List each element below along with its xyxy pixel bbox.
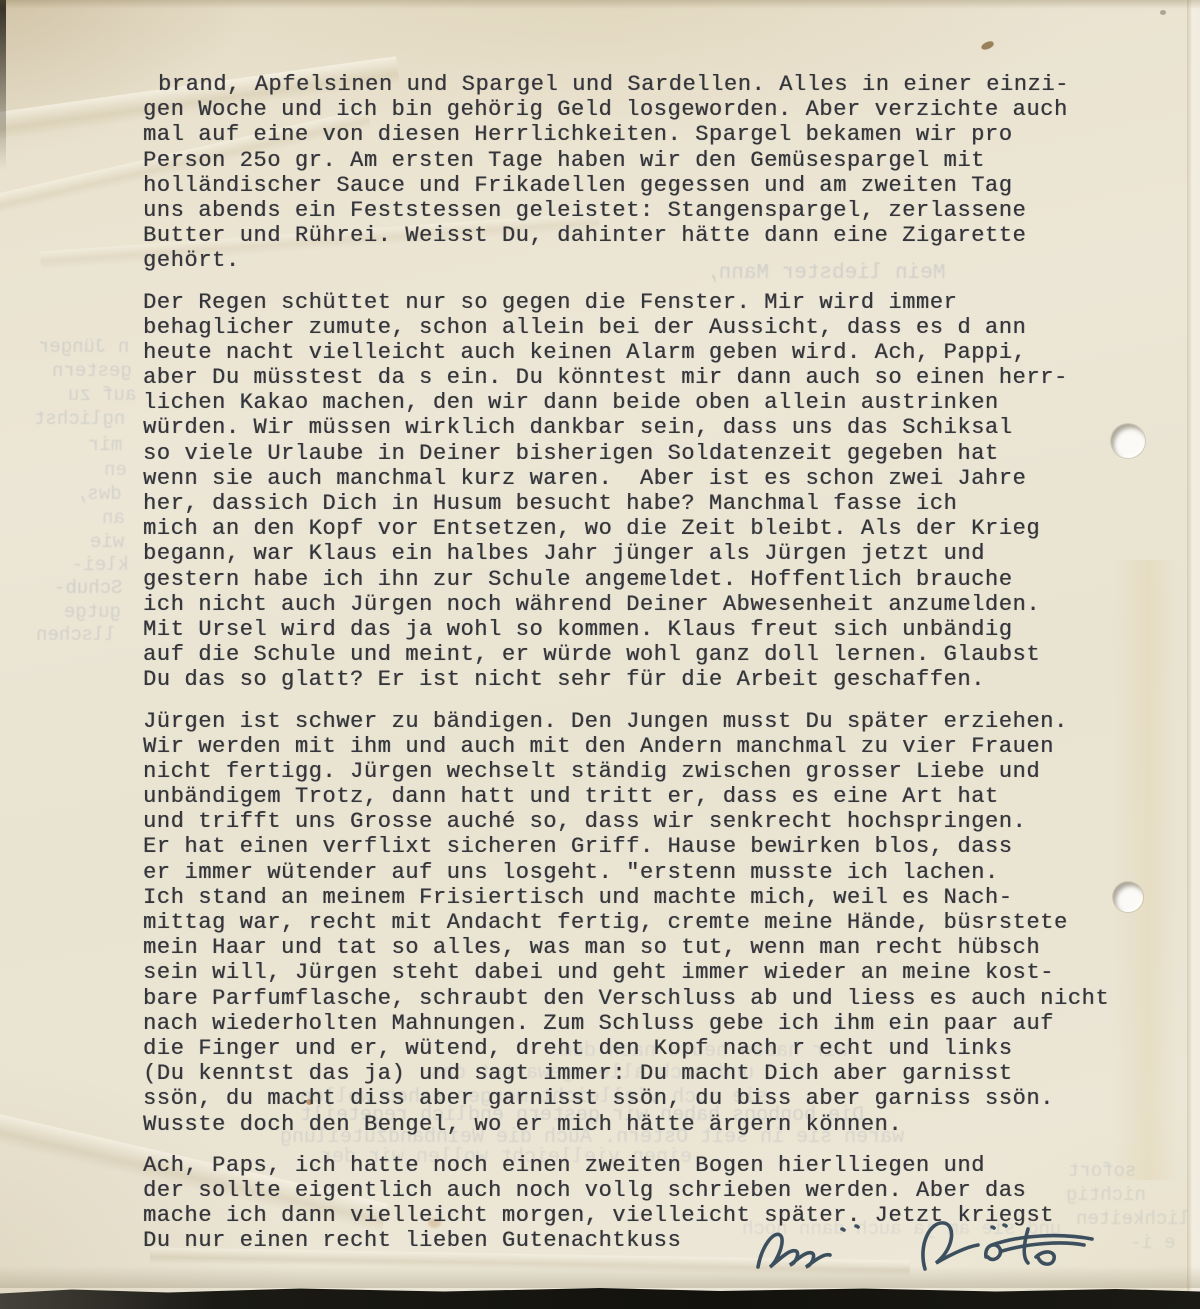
bleedthrough-fragment: mir (88, 434, 122, 456)
letter-line: die Finger und er, wütend, dreht den Kop… (143, 1036, 1193, 1061)
letter-line: er immer wütender auf uns losgeht. "erst… (143, 860, 1193, 885)
letter-line: auf die Schule und meint, er würde wohl … (143, 642, 1193, 667)
bleedthrough-fragment: dws, (76, 483, 122, 505)
letter-line: nicht fertigg. Jürgen wechselt ständig z… (143, 759, 1193, 784)
letter-line: Der Regen schüttet nur so gegen die Fens… (143, 290, 1193, 315)
letter-line: Person 25o gr. Am ersten Tage haben wir … (143, 148, 1193, 173)
letter-line: und trifft uns Grosse auché so, dass wir… (143, 809, 1193, 834)
bleedthrough-fragment: nglichst (34, 408, 125, 430)
letter-line: unbändigem Trotz, dann hatt und tritt er… (143, 784, 1193, 809)
letter-line: Mit Ursel wird das ja wohl so kommen. Kl… (143, 617, 1193, 642)
letter-line: heute nacht vielleicht auch keinen Alarm… (143, 340, 1193, 365)
letter-line: nach wiederholten Mahnungen. Zum Schluss… (143, 1011, 1193, 1036)
paper-edge-top (0, 0, 1200, 9)
bleedthrough-fragment: gestern (52, 360, 132, 382)
letter-line: gestern habe ich ihn zur Schule angemeld… (143, 567, 1193, 592)
letter-line: Butter und Rührei. Weisst Du, dahinter h… (143, 223, 1193, 248)
punch-hole-bottom (1113, 882, 1143, 912)
letter-line: uns abends ein Feststessen geleistet: St… (143, 198, 1193, 223)
letter-line: sein will, Jürgen steht dabei und geht i… (143, 960, 1193, 985)
bleedthrough-fragment: n Jünger (38, 336, 129, 358)
letter-line: ssön, du macht diss aber garnisst ssön, … (143, 1086, 1193, 1111)
bleedthrough-fragment: klei- (72, 554, 129, 576)
letter-line: wenn sie auch manchmal kurz waren. Aber … (143, 466, 1193, 491)
letter-line: Er hat einen verflixt sicheren Griff. Ha… (143, 834, 1193, 859)
letter-line: Jürgen ist schwer zu bändigen. Den Junge… (143, 709, 1193, 734)
punch-hole-top (1111, 424, 1145, 458)
letter-line: ich nicht auch Jürgen noch während Deine… (143, 592, 1193, 617)
scan-edge-left (0, 0, 6, 170)
letter-line: begann, war Klaus ein halbes Jahr jünger… (143, 541, 1193, 566)
letter-line: holländischer Sauce und Frikadellen gege… (143, 173, 1193, 198)
letter-line: Ach, Paps, ich hatte noch einen zweiten … (143, 1153, 1193, 1178)
bleedthrough-fragment: wie (90, 531, 124, 553)
letter-line: Du das so glatt? Er ist nicht sehr für d… (143, 667, 1193, 692)
letter-line: gen Woche und ich bin gehörig Geld losge… (143, 97, 1193, 122)
letter-line: her, dassich Dich in Husum besucht habe?… (143, 491, 1193, 516)
paragraph-2: Der Regen schüttet nur so gegen die Fens… (143, 290, 1193, 693)
letter-line: so viele Urlaube in Deiner bisherigen So… (143, 441, 1193, 466)
bleedthrough-fragment: en (104, 459, 127, 481)
letter-line: mich an den Kopf vor Entsetzen, wo die Z… (143, 516, 1193, 541)
letter-line: mein Haar und tat so alles, was man so t… (143, 935, 1193, 960)
letter-line: mal auf eine von diesen Herrlichkeiten. … (143, 122, 1193, 147)
letter-line: (Du kenntst das ja) und sagt immer: Du m… (143, 1061, 1193, 1086)
bleedthrough-fragment: Schub- (54, 577, 122, 599)
letter-line: mittag war, recht mit Andacht fertig, cr… (143, 910, 1193, 935)
letter-line: Wir werden mit ihm und auch mit den Ande… (143, 734, 1193, 759)
paragraph-1: brand, Apfelsinen und Spargel und Sardel… (143, 72, 1193, 274)
letter-line: lichen Kakao machen, den wir dann beide … (143, 390, 1193, 415)
page-bottom-shadow (0, 1266, 1200, 1288)
letter-line: brand, Apfelsinen und Spargel und Sardel… (143, 72, 1193, 97)
letter-line: Wusste doch den Bengel, wo er mich hätte… (143, 1112, 1193, 1137)
letter-body: brand, Apfelsinen und Spargel und Sardel… (143, 72, 1193, 1269)
letter-line: aber Du müsstest da s ein. Du könntest m… (143, 365, 1193, 390)
letter-line: bare Parfumflasche, schraubt den Verschl… (143, 986, 1193, 1011)
bleedthrough-fragment: gutge (64, 601, 121, 623)
letter-page: Mein liebster Mann,n Jüngergesternauf zu… (0, 0, 1200, 1309)
letter-line: gehört. (143, 248, 1193, 273)
paragraph-3: Jürgen ist schwer zu bändigen. Den Junge… (143, 709, 1193, 1137)
stain (980, 40, 995, 51)
letter-line: würden. Wir müssen wirklich dankbar sein… (143, 415, 1193, 440)
bleedthrough-fragment: an (102, 507, 125, 529)
letter-line: behaglicher zumute, schon allein bei der… (143, 315, 1193, 340)
stain (1160, 10, 1166, 15)
letter-line: Ich stand an meinem Frisiertisch und mac… (143, 885, 1193, 910)
bleedthrough-fragment: llschen (36, 624, 116, 646)
letter-line: der sollte eigentlich auch noch vollg sc… (143, 1178, 1193, 1203)
bleedthrough-fragment: auf zu (68, 384, 136, 406)
